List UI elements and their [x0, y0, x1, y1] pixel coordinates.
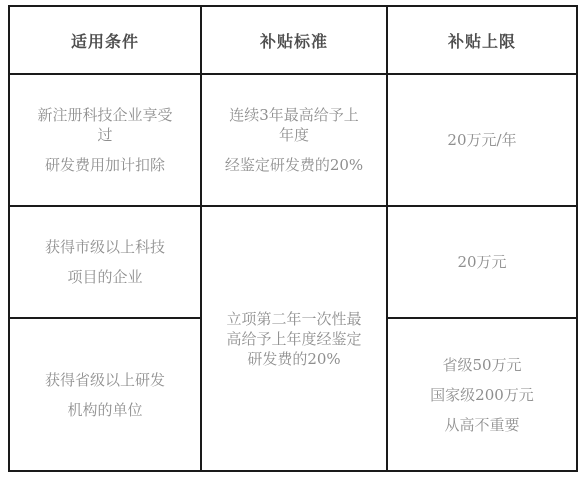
cell-paragraph: 20万元/年: [410, 130, 554, 150]
subsidy-table: 适用条件 补贴标准 补贴上限 新注册科技企业享受过 研发费用加计扣除 连续3年最…: [8, 5, 578, 472]
cell-row1-cap: 20万元/年: [387, 74, 577, 206]
cell-paragraph: 研发费用加计扣除: [32, 155, 178, 175]
cell-paragraph: 省级50万元: [410, 355, 554, 375]
page-background: 适用条件 补贴标准 补贴上限 新注册科技企业享受过 研发费用加计扣除 连续3年最…: [0, 0, 587, 478]
cell-paragraph: 经鉴定研发费的20%: [224, 155, 364, 175]
cell-paragraph: 国家级200万元: [410, 385, 554, 405]
header-cell-condition: 适用条件: [9, 6, 201, 74]
table-header-row: 适用条件 补贴标准 补贴上限: [9, 6, 577, 74]
cell-row2-condition: 获得市级以上科技 项目的企业: [9, 206, 201, 318]
cell-paragraph: 获得市级以上科技: [32, 237, 178, 257]
cell-paragraph: 项目的企业: [32, 267, 178, 287]
header-cell-cap: 补贴上限: [387, 6, 577, 74]
table-row: 获得市级以上科技 项目的企业 立项第二年一次性最高给予上年度经鉴定研发费的20%…: [9, 206, 577, 318]
cell-row1-condition: 新注册科技企业享受过 研发费用加计扣除: [9, 74, 201, 206]
cell-paragraph: 获得省级以上研发: [32, 370, 178, 390]
cell-row2-row3-standard-merged: 立项第二年一次性最高给予上年度经鉴定研发费的20%: [201, 206, 387, 471]
cell-paragraph: 立项第二年一次性最高给予上年度经鉴定研发费的20%: [224, 309, 364, 369]
cell-row2-cap: 20万元: [387, 206, 577, 318]
cell-row3-condition: 获得省级以上研发 机构的单位: [9, 318, 201, 471]
cell-row1-standard: 连续3年最高给予上年度 经鉴定研发费的20%: [201, 74, 387, 206]
table-row: 新注册科技企业享受过 研发费用加计扣除 连续3年最高给予上年度 经鉴定研发费的2…: [9, 74, 577, 206]
cell-paragraph: 新注册科技企业享受过: [32, 105, 178, 145]
cell-paragraph: 从高不重要: [410, 415, 554, 435]
cell-row3-cap: 省级50万元 国家级200万元 从高不重要: [387, 318, 577, 471]
header-cell-standard: 补贴标准: [201, 6, 387, 74]
cell-paragraph: 连续3年最高给予上年度: [224, 105, 364, 145]
cell-paragraph: 20万元: [410, 252, 554, 272]
cell-paragraph: 机构的单位: [32, 400, 178, 420]
